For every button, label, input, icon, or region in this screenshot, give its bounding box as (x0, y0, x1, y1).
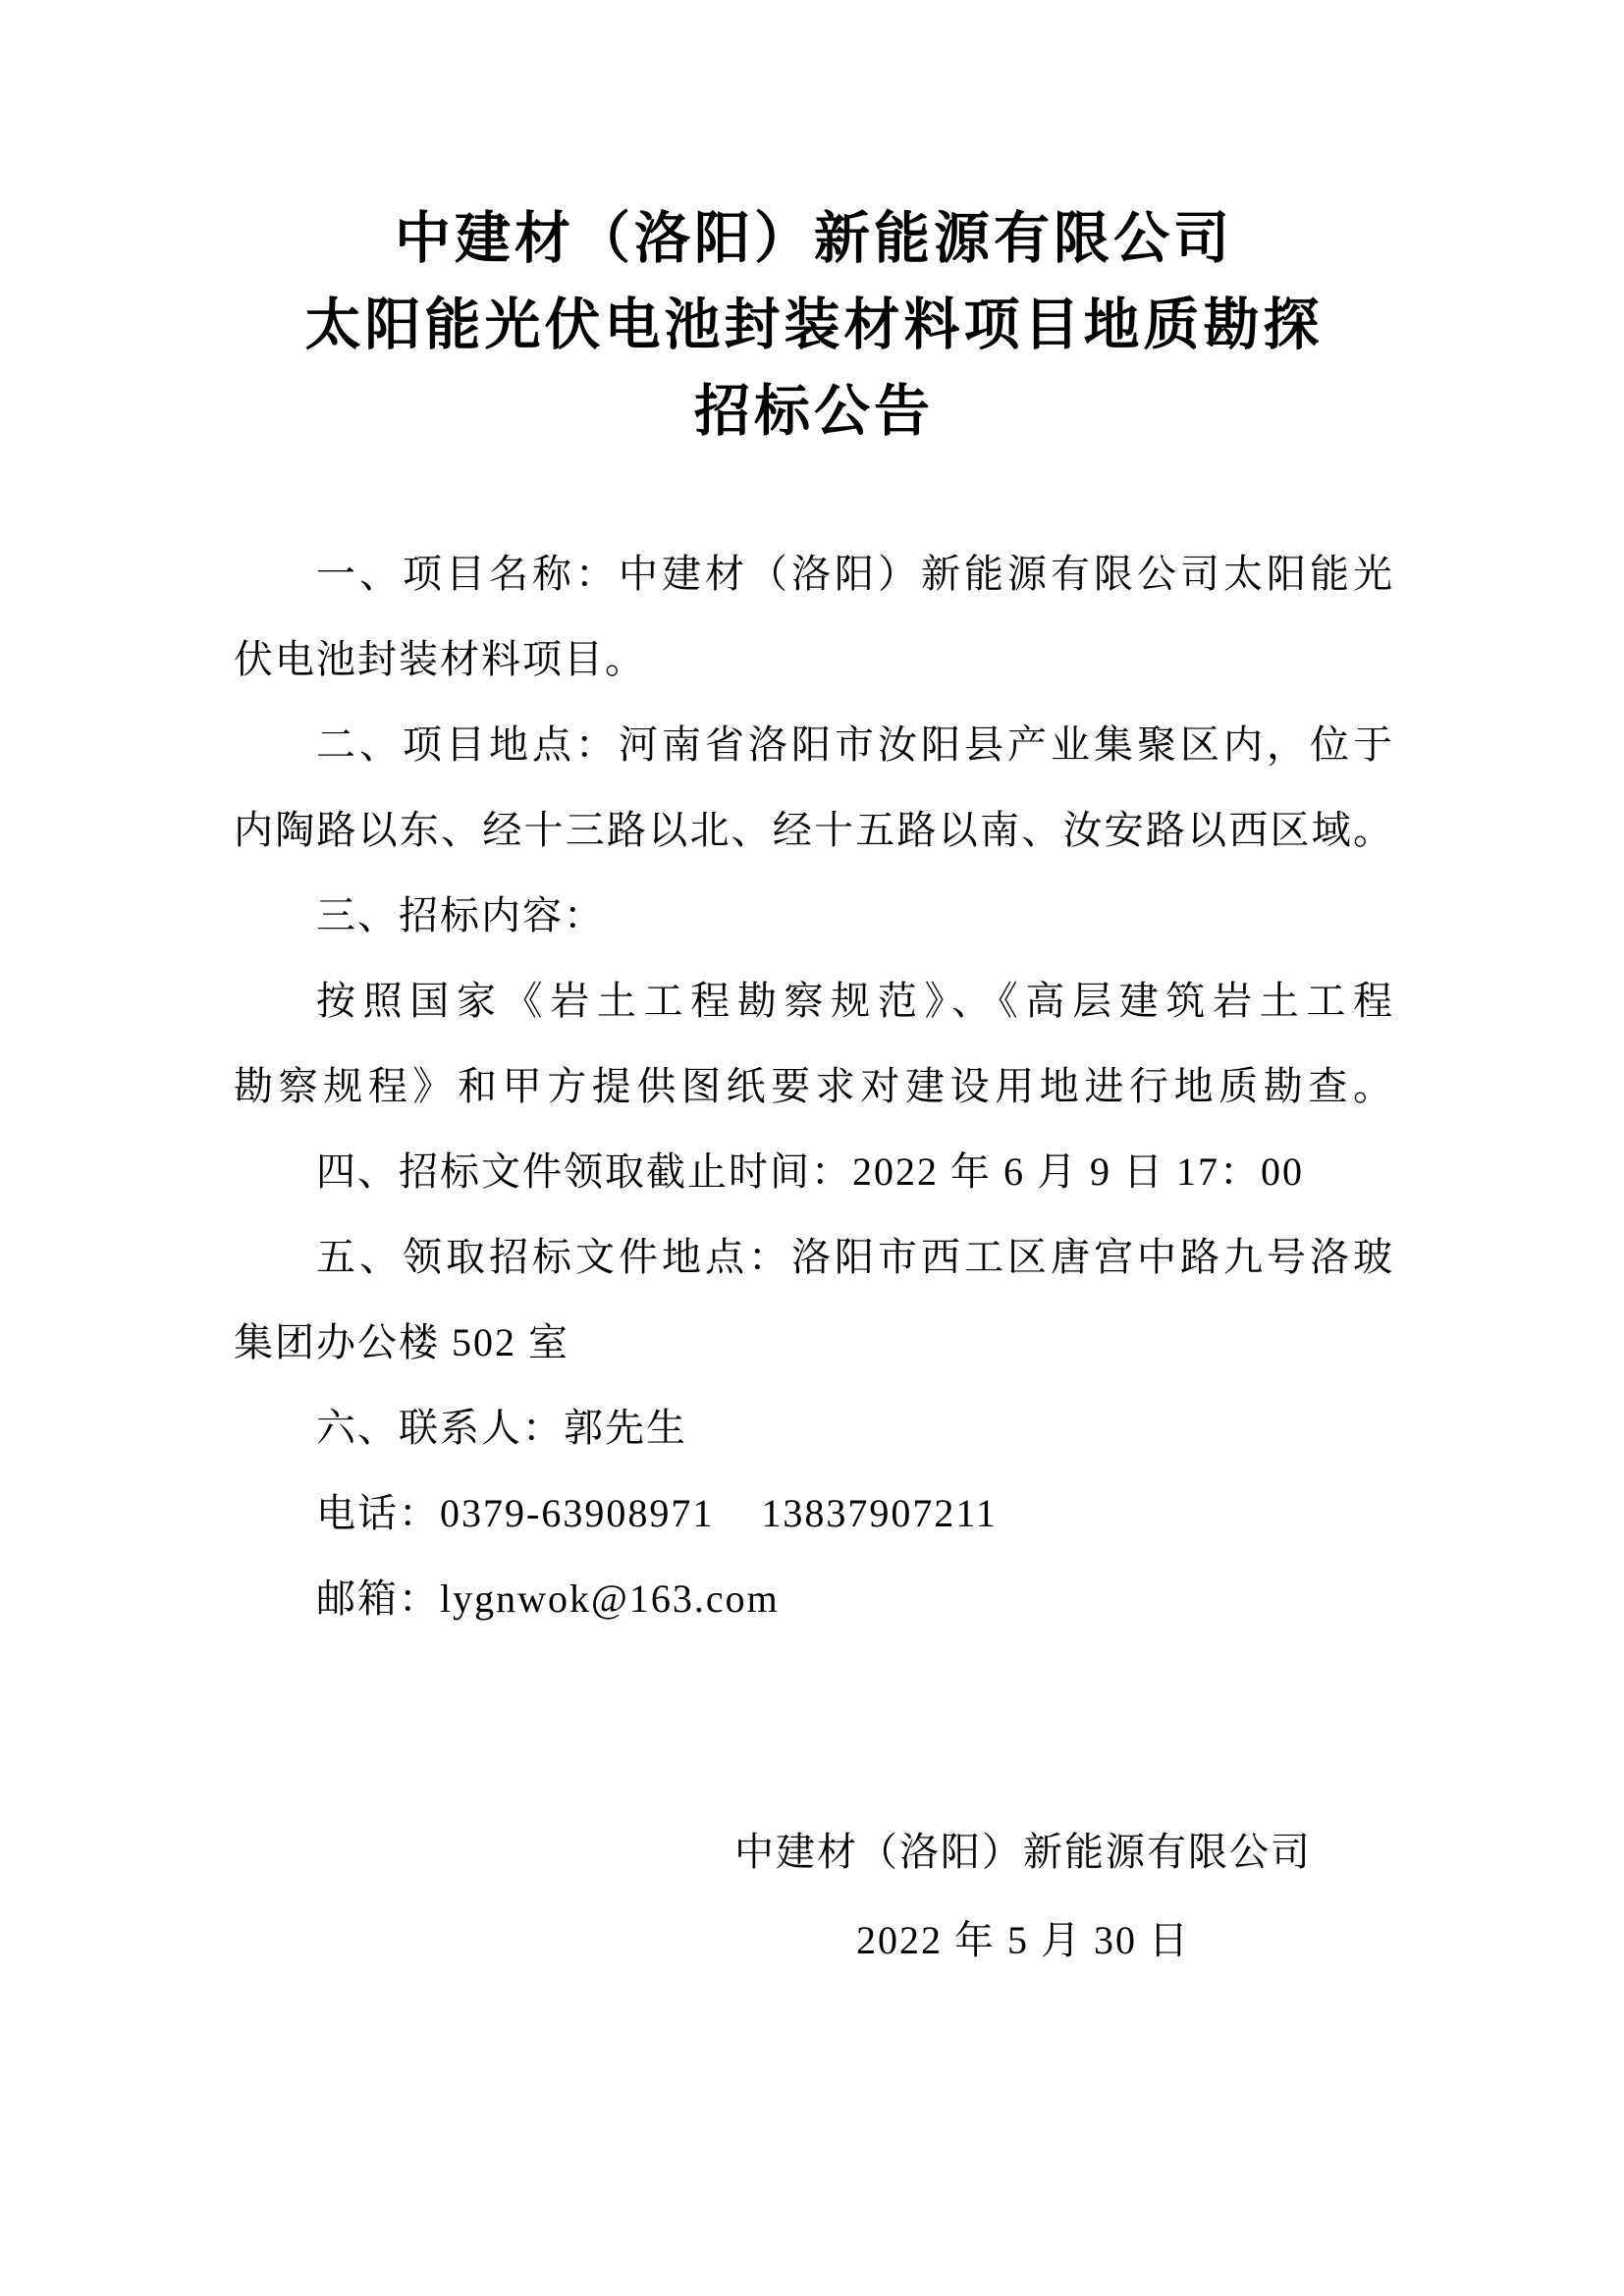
title-project-line: 太阳能光伏电池封装材料项目地质勘探 (234, 283, 1394, 369)
signature-company: 中建材（洛阳）新能源有限公司 (652, 1808, 1394, 1896)
document-title: 中建材（洛阳）新能源有限公司 太阳能光伏电池封装材料项目地质勘探 招标公告 (234, 196, 1394, 455)
body-line-project-name: 一、项目名称：中建材（洛阳）新能源有限公司太阳能光 (234, 531, 1394, 616)
title-company-line: 中建材（洛阳）新能源有限公司 (234, 196, 1394, 283)
body-line-pickup-address-cont: 集团办公楼 502 室 (234, 1300, 1394, 1385)
body-line-pickup-address: 五、领取招标文件地点：洛阳市西工区唐宫中路九号洛玻 (234, 1214, 1394, 1300)
body-line-deadline: 四、招标文件领取截止时间：2022 年 6 月 9 日 17：00 (234, 1129, 1394, 1214)
signature-date: 2022 年 5 月 30 日 (652, 1896, 1394, 1985)
body-line-tender-content-heading: 三、招标内容： (234, 873, 1394, 958)
body-line-tender-content: 按照国家《岩土工程勘察规范》、《高层建筑岩土工程 (234, 958, 1394, 1043)
signature-block: 中建材（洛阳）新能源有限公司 2022 年 5 月 30 日 (652, 1808, 1394, 1985)
body-line-email: 邮箱：lygnwok@163.com (234, 1556, 1394, 1641)
body-line-contact-person: 六、联系人：郭先生 (234, 1385, 1394, 1470)
body-line-project-name-cont: 伏电池封装材料项目。 (234, 616, 1394, 702)
body-line-project-location: 二、项目地点：河南省洛阳市汝阳县产业集聚区内，位于 (234, 702, 1394, 787)
body-line-phone: 电话：0379-63908971 13837907211 (234, 1470, 1394, 1556)
title-announcement-line: 招标公告 (234, 369, 1394, 455)
body-line-tender-content-cont: 勘察规程》和甲方提供图纸要求对建设用地进行地质勘查。 (234, 1043, 1394, 1129)
body-line-project-location-cont: 内陶路以东、经十三路以北、经十五路以南、汝安路以西区域。 (234, 787, 1394, 873)
document-body: 一、项目名称：中建材（洛阳）新能源有限公司太阳能光 伏电池封装材料项目。 二、项… (234, 531, 1394, 1641)
document-page: 中建材（洛阳）新能源有限公司 太阳能光伏电池封装材料项目地质勘探 招标公告 一、… (0, 0, 1624, 2296)
